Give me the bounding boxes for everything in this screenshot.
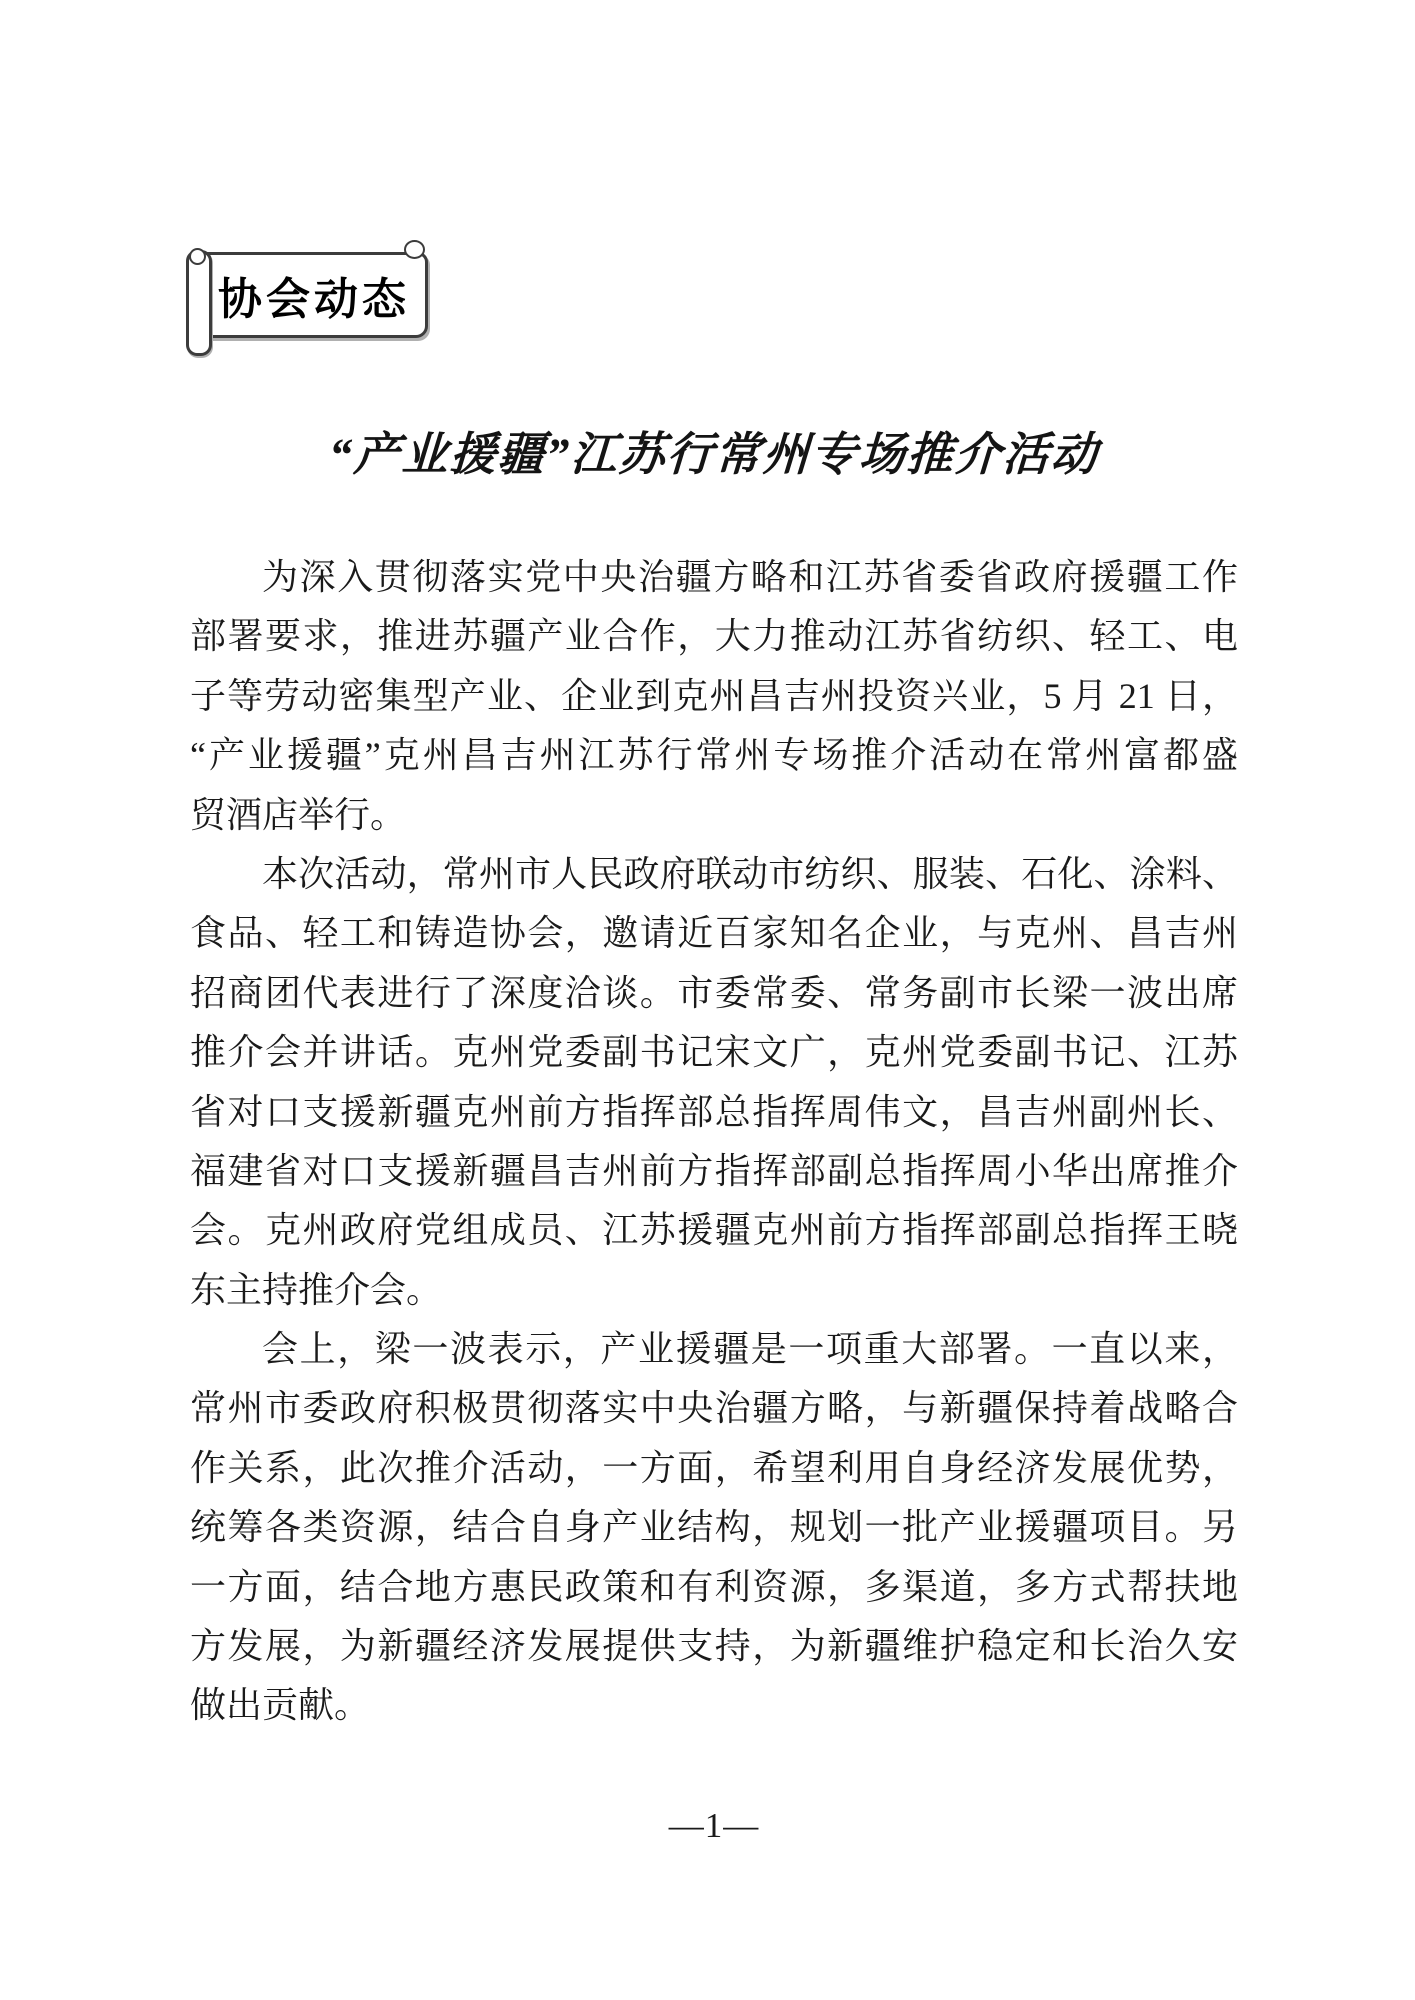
body-line: 作关系，此次推介活动，一方面，希望利用自身经济发展优势，	[190, 1439, 1238, 1498]
body-line: “产业援疆”克州昌吉州江苏行常州专场推介活动在常州富都盛	[190, 726, 1238, 785]
body-line: 本次活动，常州市人民政府联动市纺织、服装、石化、涂料、	[190, 845, 1238, 904]
body-line: 方发展，为新疆经济发展提供支持，为新疆维护稳定和长治久安	[190, 1617, 1238, 1676]
body-line: 推介会并讲话。克州党委副书记宋文广，克州党委副书记、江苏	[190, 1023, 1238, 1082]
body-line: 省对口支援新疆克州前方指挥部总指挥周伟文，昌吉州副州长、	[190, 1083, 1238, 1142]
body-line: 子等劳动密集型产业、企业到克州昌吉州投资兴业，5 月 21 日，	[190, 667, 1238, 726]
banner-roll-icon	[186, 250, 212, 356]
banner-scroll: 协会动态	[150, 238, 450, 358]
banner-rectangle: 协会动态	[200, 252, 428, 338]
body-line: 贸酒店举行。	[190, 786, 1238, 845]
body-line: 招商团代表进行了深度洽谈。市委常委、常务副市长梁一波出席	[190, 964, 1238, 1023]
banner-corner-curl-icon	[404, 240, 425, 259]
banner-roll-tip-icon	[189, 248, 206, 265]
body-line: 部署要求，推进苏疆产业合作，大力推动江苏省纺织、轻工、电	[190, 607, 1238, 666]
body-line: 食品、轻工和铸造协会，邀请近百家知名企业，与克州、昌吉州	[190, 904, 1238, 963]
body-line: 东主持推介会。	[190, 1261, 1238, 1320]
body-line: 常州市委政府积极贯彻落实中央治疆方略，与新疆保持着战略合	[190, 1379, 1238, 1438]
body-line: 为深入贯彻落实党中央治疆方略和江苏省委省政府援疆工作	[190, 548, 1238, 607]
page-title: “产业援疆”江苏行常州专场推介活动	[188, 418, 1239, 484]
banner-label: 协会动态	[218, 263, 410, 327]
body-line: 会上，梁一波表示，产业援疆是一项重大部署。一直以来，	[190, 1320, 1238, 1379]
body-line: 福建省对口支援新疆昌吉州前方指挥部副总指挥周小华出席推介	[190, 1142, 1238, 1201]
page-number: —1—	[190, 1806, 1238, 1846]
body-line: 统筹各类资源，结合自身产业结构，规划一批产业援疆项目。另	[190, 1498, 1238, 1557]
document-page: 协会动态 “产业援疆”江苏行常州专场推介活动 为深入贯彻落实党中央治疆方略和江苏…	[0, 0, 1415, 2000]
body-line: 一方面，结合地方惠民政策和有利资源，多渠道，多方式帮扶地	[190, 1558, 1238, 1617]
body-line: 会。克州政府党组成员、江苏援疆克州前方指挥部副总指挥王晓	[190, 1201, 1238, 1260]
body-text: 为深入贯彻落实党中央治疆方略和江苏省委省政府援疆工作部署要求，推进苏疆产业合作，…	[190, 548, 1238, 1736]
body-line: 做出贡献。	[190, 1676, 1238, 1735]
